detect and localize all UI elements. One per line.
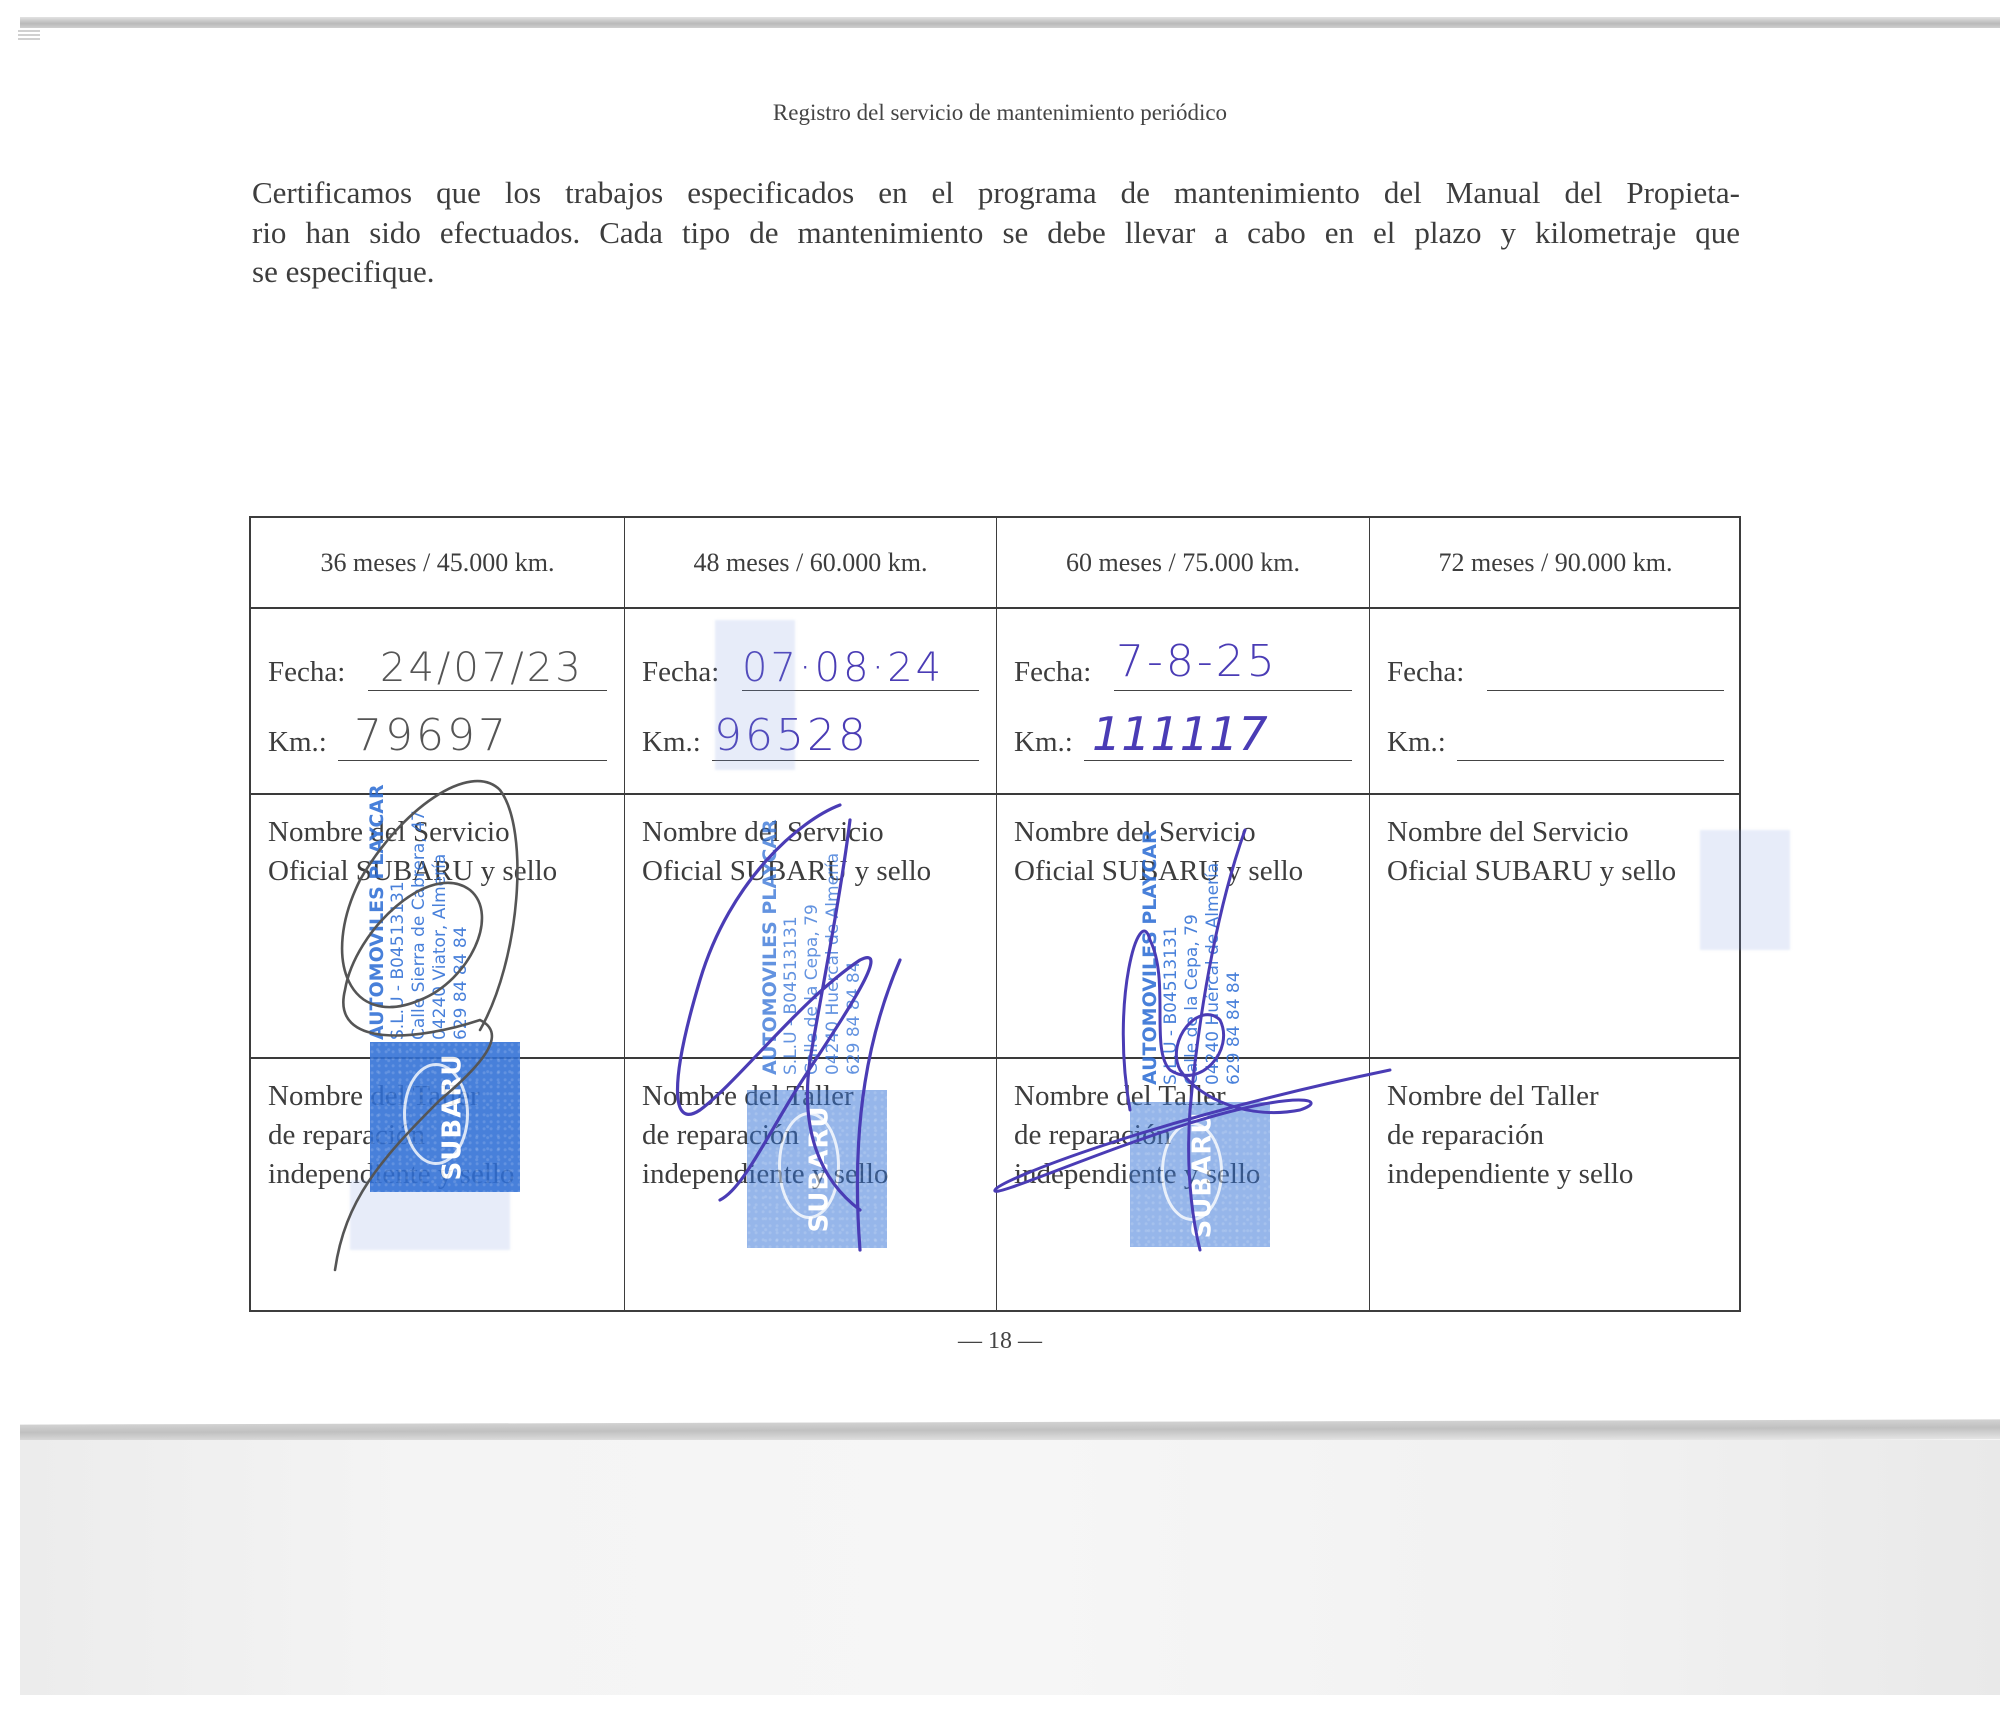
stamp-tax-id: S.L.U - B04513131 [1161, 829, 1182, 1085]
stamp-company: AUTOMOVILES PLAYCAR [1140, 829, 1161, 1085]
subaru-stamp-logo: SUBARU [747, 1090, 887, 1248]
date-km-cell: Fecha: 07·08·24 Km.: 96528 [625, 609, 997, 793]
interval-label: 48 meses / 60.000 km. [625, 548, 996, 578]
independent-workshop-label: Nombre del Taller de reparación independ… [1387, 1077, 1633, 1194]
date-label: Fecha: [268, 656, 345, 689]
stamp-address: Calle Sierra de Cabrera, 47 [409, 784, 430, 1040]
label-line: Oficial SUBARU y sello [1387, 852, 1676, 891]
stamp-text-col1: AUTOMOVILES PLAYCAR S.L.U - B04513131 Ca… [367, 784, 472, 1040]
date-label: Fecha: [1387, 656, 1464, 689]
date-field[interactable]: Fecha: [1387, 653, 1724, 693]
independent-workshop-cell: Nombre del Taller de reparación independ… [1370, 1059, 1741, 1310]
stamp-text-col2: AUTOMOVILES PLAYCAR S.L.U - B04513131 Ca… [760, 819, 865, 1075]
stamp-phone: 629 84 84 84 [844, 819, 865, 1075]
interval-cell: 36 meses / 45.000 km. [251, 518, 625, 607]
stamp-ghost-bleed [1700, 830, 1790, 950]
stamp-text-col3: AUTOMOVILES PLAYCAR S.L.U - B04513131 Ca… [1140, 829, 1245, 1085]
label-line: Nombre del Servicio [1387, 813, 1676, 852]
stamp-city: 04240 Viator, Almería [430, 784, 451, 1040]
km-label: Km.: [268, 726, 327, 759]
interval-label: 72 meses / 90.000 km. [1370, 548, 1741, 578]
page-number: — 18 — [0, 1328, 2000, 1355]
subaru-stamp-logo: SUBARU [1130, 1102, 1270, 1247]
stamp-city: 04240 Huércal de Almería [823, 819, 844, 1075]
date-km-cell: Fecha: 7-8-25 Km.: 111117 [997, 609, 1370, 793]
scanner-top-edge [20, 17, 2000, 28]
km-field[interactable]: Km.: 79697 [268, 723, 607, 763]
interval-label: 60 meses / 75.000 km. [997, 548, 1369, 578]
interval-cell: 48 meses / 60.000 km. [625, 518, 997, 607]
stamp-address: Calle de la Cepa, 79 [802, 819, 823, 1075]
official-service-row: Nombre del Servicio Oficial SUBARU y sel… [251, 795, 1739, 1059]
interval-cell: 60 meses / 75.000 km. [997, 518, 1370, 607]
scanner-background [20, 1440, 2000, 1695]
km-label: Km.: [1014, 726, 1073, 759]
date-label: Fecha: [642, 656, 719, 689]
km-label: Km.: [1387, 726, 1446, 759]
km-underline [1457, 760, 1724, 761]
stamp-phone: 629 84 84 84 [1224, 829, 1245, 1085]
km-field[interactable]: Km.: 111117 [1014, 723, 1352, 763]
page-header: Registro del servicio de mantenimiento p… [0, 100, 2000, 126]
official-service-label: Nombre del Servicio Oficial SUBARU y sel… [1387, 813, 1676, 891]
km-field[interactable]: Km.: 96528 [642, 723, 979, 763]
scanner-mark [18, 30, 40, 40]
date-underline [1487, 690, 1724, 691]
official-service-cell: Nombre del Servicio Oficial SUBARU y sel… [1370, 795, 1741, 1057]
stamp-brand: SUBARU [1188, 1111, 1218, 1238]
stamp-phone: 629 84 84 84 [451, 784, 472, 1040]
date-handwritten-value: 7-8-25 [1116, 636, 1278, 687]
date-handwritten-value: 24/07/23 [380, 645, 584, 691]
km-handwritten-value: 111117 [1092, 707, 1268, 761]
intro-line-2: rio han sido efectuados. Cada tipo de ma… [252, 213, 1740, 253]
date-underline [1114, 690, 1352, 691]
label-line: de reparación [1387, 1116, 1633, 1155]
stamp-brand: SUBARU [438, 1054, 468, 1181]
km-label: Km.: [642, 726, 701, 759]
stamp-company: AUTOMOVILES PLAYCAR [760, 819, 781, 1075]
date-km-row: Fecha: 24/07/23 Km.: 79697 Fecha: 07·08·… [251, 609, 1739, 795]
interval-cell: 72 meses / 90.000 km. [1370, 518, 1741, 607]
stamp-tax-id: S.L.U - B04513131 [781, 819, 802, 1075]
km-handwritten-value: 79697 [354, 710, 509, 761]
stamp-tax-id: S.L.U - B04513131 [388, 784, 409, 1040]
date-field[interactable]: Fecha: 24/07/23 [268, 653, 607, 693]
date-field[interactable]: Fecha: 7-8-25 [1014, 653, 1352, 693]
stamp-address: Calle de la Cepa, 79 [1182, 829, 1203, 1085]
date-km-cell: Fecha: 24/07/23 Km.: 79697 [251, 609, 625, 793]
date-km-cell: Fecha: Km.: [1370, 609, 1741, 793]
intro-line-3: se especifique. [252, 252, 1752, 292]
interval-label: 36 meses / 45.000 km. [251, 548, 624, 578]
intro-paragraph: Certificamos que los trabajos especifica… [252, 173, 1752, 292]
interval-header-row: 36 meses / 45.000 km. 48 meses / 60.000 … [251, 518, 1739, 609]
date-field[interactable]: Fecha: 07·08·24 [642, 653, 979, 693]
label-line: independiente y sello [1387, 1155, 1633, 1194]
stamp-ghost-offset [715, 620, 795, 770]
subaru-stamp-logo: SUBARU [370, 1042, 520, 1192]
stamp-company: AUTOMOVILES PLAYCAR [367, 784, 388, 1040]
date-label: Fecha: [1014, 656, 1091, 689]
stamp-city: 04240 Huércal de Almería [1203, 829, 1224, 1085]
km-field[interactable]: Km.: [1387, 723, 1724, 763]
label-line: Nombre del Taller [1387, 1077, 1633, 1116]
stamp-brand: SUBARU [805, 1106, 835, 1233]
intro-line-1: Certificamos que los trabajos especifica… [252, 173, 1740, 213]
